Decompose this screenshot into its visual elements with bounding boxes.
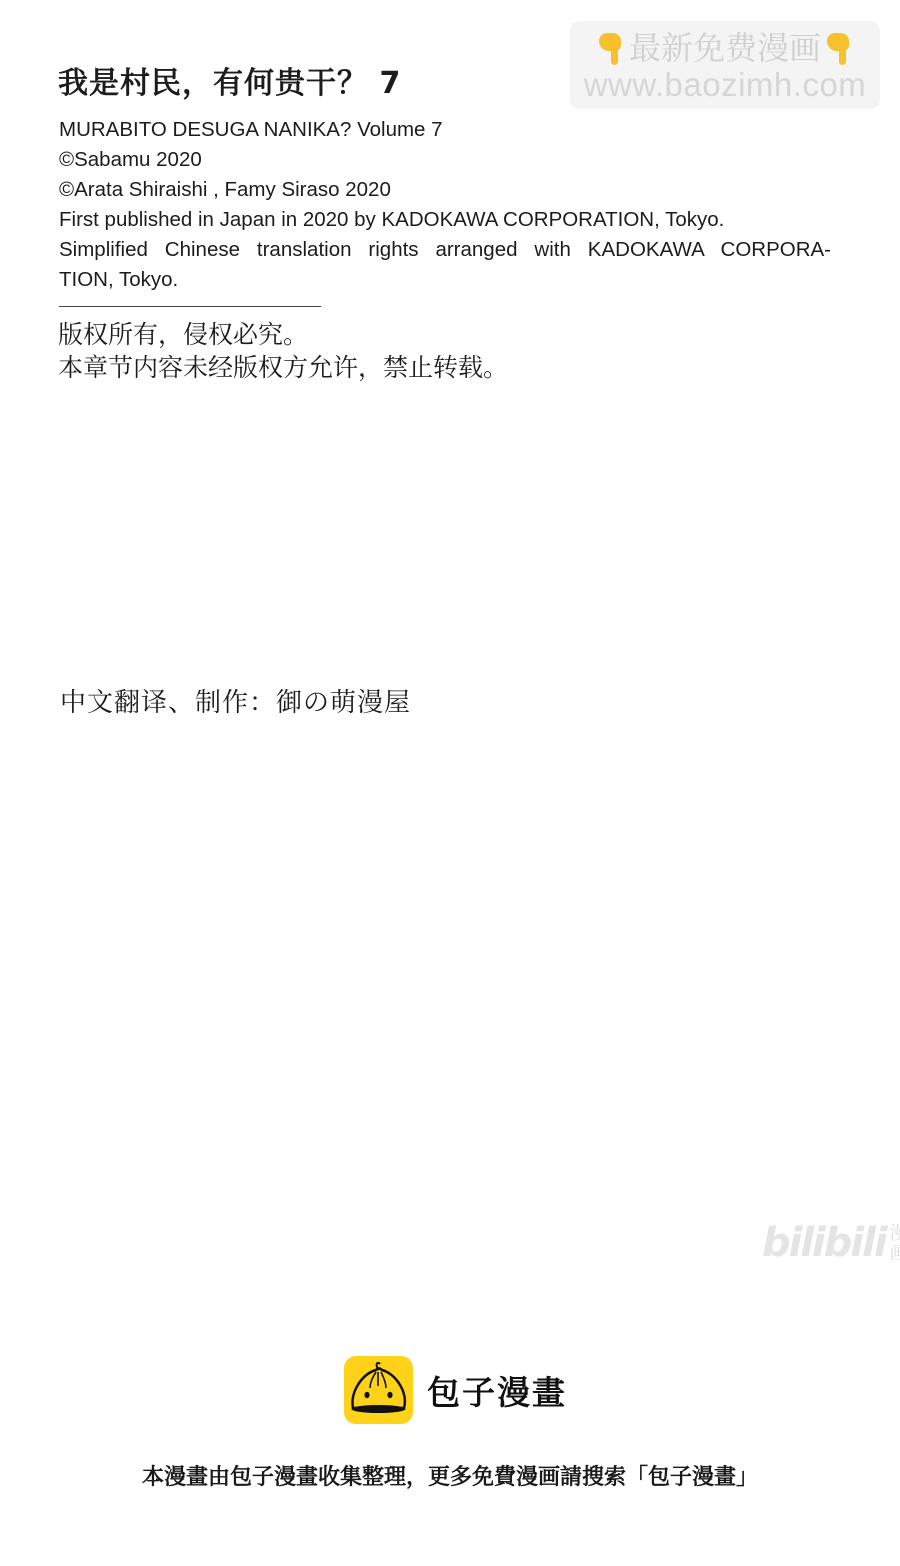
translator-credit: 中文翻译、制作：御の萌漫屋 <box>60 686 411 720</box>
credit-line: ©Arata Shiraishi , Famy Siraso 2020 <box>59 175 834 205</box>
rights-line: 版权所有，侵权必究。 <box>58 318 508 351</box>
divider <box>59 306 321 307</box>
bilibili-manga-logo: bilibili 漫画 <box>762 1222 900 1264</box>
bilibili-manga-label: 漫画 <box>890 1224 900 1264</box>
watermark-banner: 最新免费漫画 www.baozimh.com <box>570 21 880 109</box>
rights-line: 本章节内容未经版权方允许，禁止转载。 <box>58 351 508 384</box>
baozi-bun-icon <box>344 1356 413 1424</box>
watermark-url: www.baozimh.com <box>570 67 880 103</box>
bilibili-wordmark: bilibili <box>762 1222 886 1264</box>
footer-notice: 本漫畫由包子漫畫收集整理，更多免費漫画請搜索「包子漫畫」 <box>0 1460 900 1491</box>
watermark-tagline-text: 最新免费漫画 <box>629 29 821 67</box>
credit-line: TION, Tokyo. <box>59 265 834 295</box>
credit-line: Simplified Chinese translation rights ar… <box>59 235 831 265</box>
pointing-down-hand-icon <box>597 31 625 65</box>
credit-line: First published in Japan in 2020 by KADO… <box>59 205 834 235</box>
baozi-brand: 包子漫畫 <box>344 1356 567 1424</box>
pointing-down-hand-icon <box>825 31 853 65</box>
rights-notice: 版权所有，侵权必究。 本章节内容未经版权方允许，禁止转载。 <box>58 318 508 384</box>
page-title: 我是村民，有何贵干？ 7 <box>58 58 401 102</box>
brand-name: 包子漫畫 <box>427 1367 567 1414</box>
watermark-tagline: 最新免费漫画 <box>570 29 880 67</box>
copyright-credits: MURABITO DESUGA NANIKA? Volume 7 ©Sabamu… <box>59 115 834 295</box>
credit-line: ©Sabamu 2020 <box>59 145 834 175</box>
credit-line: MURABITO DESUGA NANIKA? Volume 7 <box>59 115 834 145</box>
